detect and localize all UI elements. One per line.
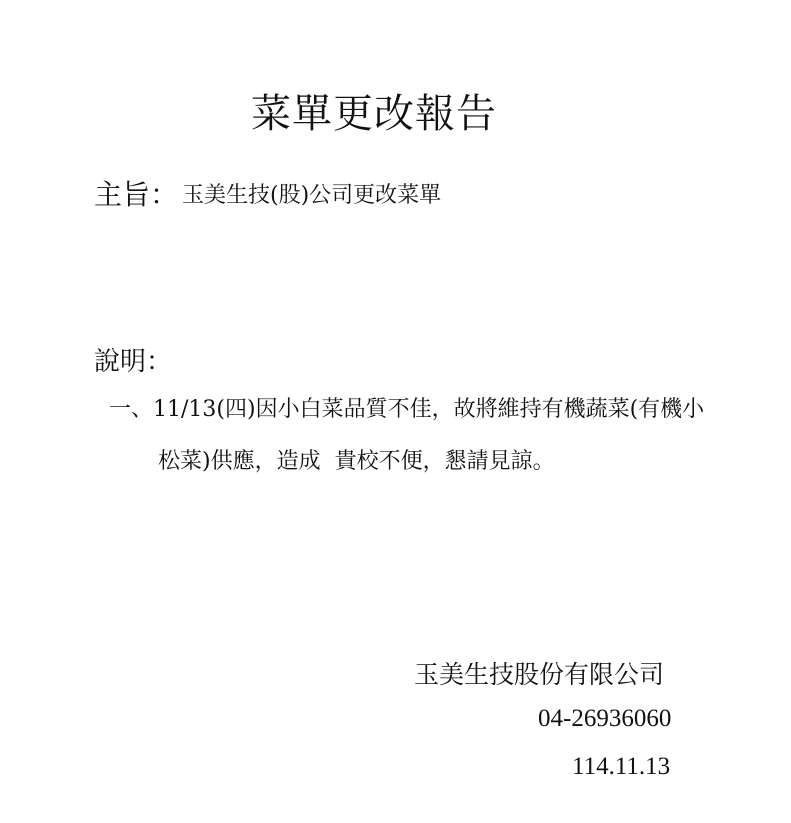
description-item-line-1: 一、11/13(四)因小白菜品質不佳，故將維持有機蔬菜(有機小	[109, 392, 704, 423]
subject-label: 主旨：	[94, 173, 178, 213]
subject-text: 玉美生技(股)公司更改菜單	[182, 178, 441, 209]
company-phone: 04-26936060	[538, 705, 671, 733]
description-item-line-2: 松菜)供應，造成 貴校不便，懇請見諒。	[158, 444, 555, 475]
page-title: 菜單更改報告	[0, 82, 748, 139]
document-date: 114.11.13	[572, 753, 670, 781]
description-label: 說明：	[94, 341, 172, 378]
company-name: 玉美生技股份有限公司	[414, 655, 664, 691]
